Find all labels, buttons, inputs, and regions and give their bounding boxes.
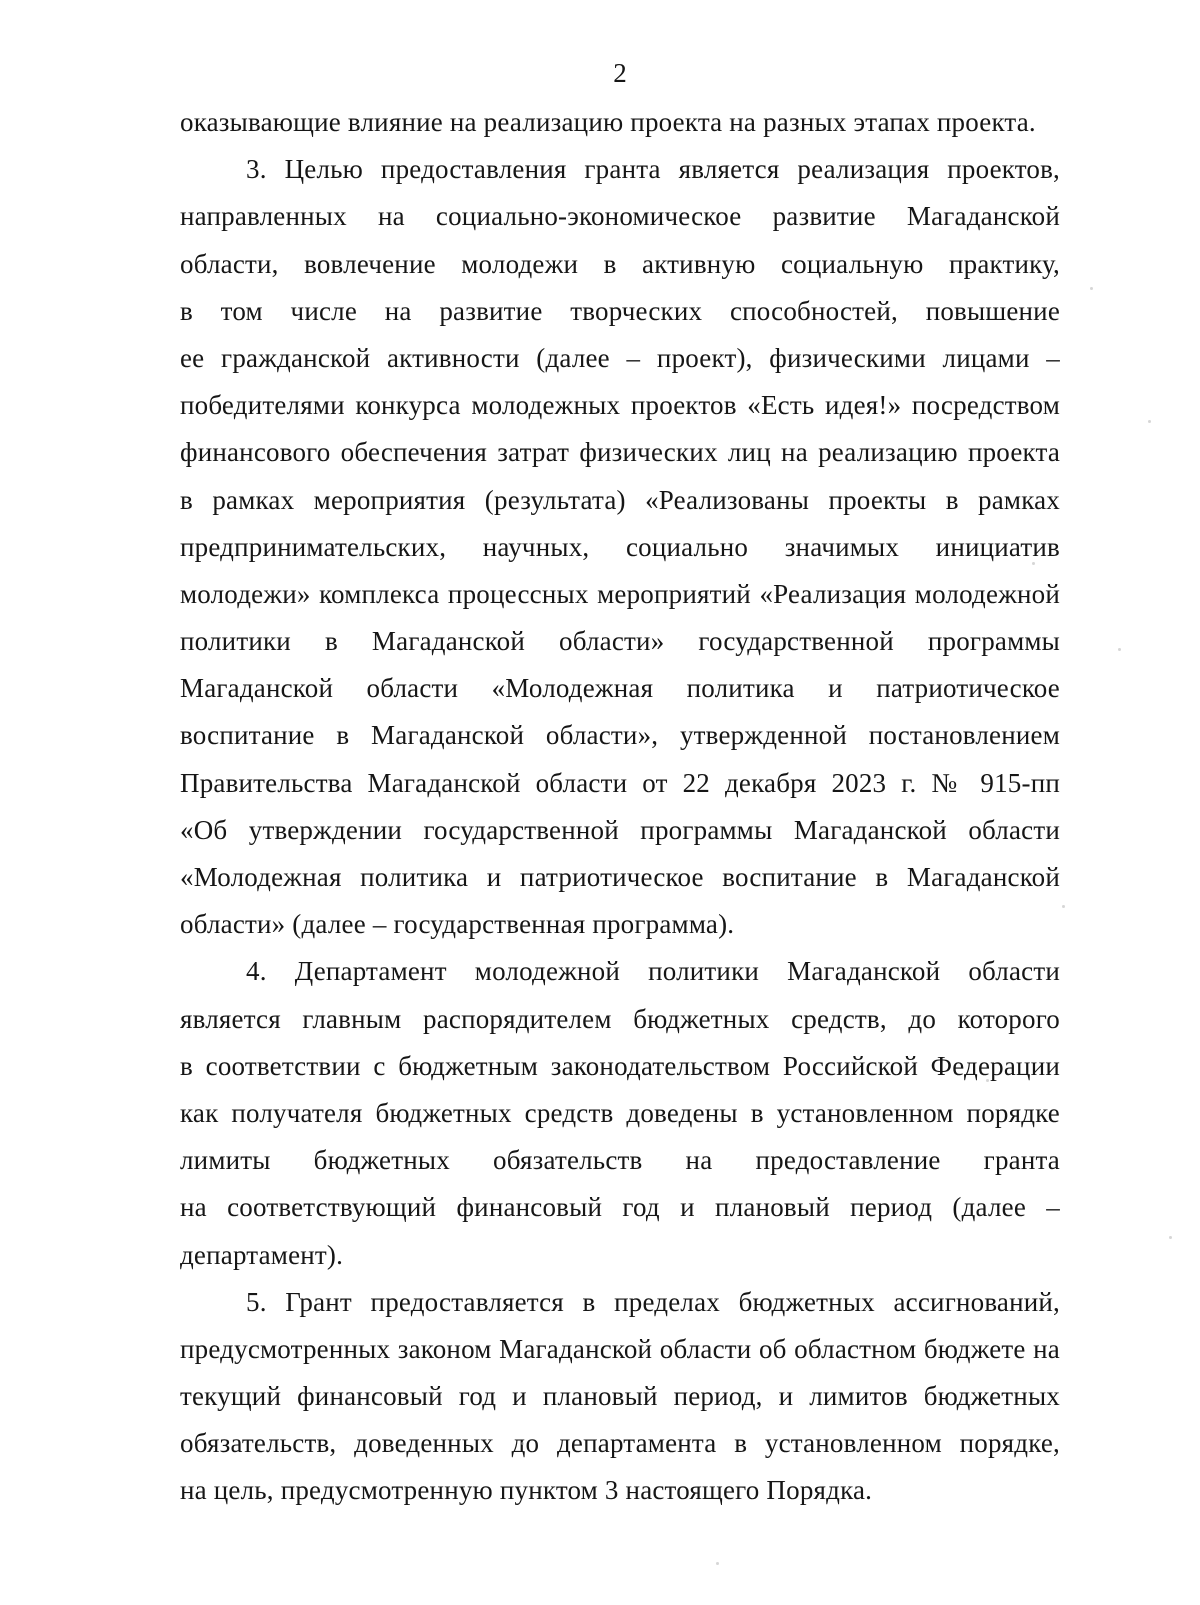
- scan-speck: [1169, 1236, 1172, 1239]
- text-line: предпринимательских, научных, социально …: [180, 524, 1060, 571]
- text-line: как получателя бюджетных средств доведен…: [180, 1090, 1060, 1137]
- text-line: 4. Департамент молодежной политики Магад…: [180, 948, 1060, 995]
- scanned-document-page: 2 оказывающие влияние на реализацию прое…: [0, 0, 1200, 1605]
- scan-speck: [986, 1079, 989, 1082]
- text-line: обязательств, доведенных до департамента…: [180, 1420, 1060, 1467]
- text-line: политики в Магаданской области» государс…: [180, 618, 1060, 665]
- text-line: департамент).: [180, 1232, 1060, 1279]
- text-line: направленных на социально-экономическое …: [180, 193, 1060, 240]
- page-number: 2: [180, 57, 1060, 89]
- text-line: 5. Грант предоставляется в пределах бюдж…: [180, 1279, 1060, 1326]
- text-line: финансового обеспечения затрат физически…: [180, 429, 1060, 476]
- text-line: в рамках мероприятия (результата) «Реали…: [180, 477, 1060, 524]
- text-line: воспитание в Магаданской области», утвер…: [180, 712, 1060, 759]
- text-line: Магаданской области «Молодежная политика…: [180, 665, 1060, 712]
- scan-speck: [716, 1562, 719, 1565]
- scan-speck: [1118, 648, 1121, 651]
- text-line: области, вовлечение молодежи в активную …: [180, 241, 1060, 288]
- text-line: предусмотренных законом Магаданской обла…: [180, 1326, 1060, 1373]
- text-line: оказывающие влияние на реализацию проект…: [180, 99, 1060, 146]
- scan-speck: [1062, 905, 1065, 908]
- paragraph: 5. Грант предоставляется в пределах бюдж…: [180, 1279, 1060, 1515]
- text-line: на цель, предусмотренную пунктом 3 насто…: [180, 1467, 1060, 1514]
- text-line: победителями конкурса молодежных проекто…: [180, 382, 1060, 429]
- paragraph: оказывающие влияние на реализацию проект…: [180, 99, 1060, 146]
- text-line: молодежи» комплекса процессных мероприят…: [180, 571, 1060, 618]
- document-text: оказывающие влияние на реализацию проект…: [180, 99, 1060, 1515]
- text-line: является главным распорядителем бюджетны…: [180, 996, 1060, 1043]
- text-line: 3. Целью предоставления гранта является …: [180, 146, 1060, 193]
- text-line: текущий финансовый год и плановый период…: [180, 1373, 1060, 1420]
- text-line: в соответствии с бюджетным законодательс…: [180, 1043, 1060, 1090]
- scan-speck: [521, 1442, 524, 1445]
- paragraph: 4. Департамент молодежной политики Магад…: [180, 948, 1060, 1278]
- text-line: в том числе на развитие творческих спосо…: [180, 288, 1060, 335]
- text-line: лимиты бюджетных обязательств на предост…: [180, 1137, 1060, 1184]
- text-line: на соответствующий финансовый год и план…: [180, 1184, 1060, 1231]
- scan-speck: [1032, 562, 1035, 565]
- text-line: ее гражданской активности (далее – проек…: [180, 335, 1060, 382]
- text-line: «Молодежная политика и патриотическое во…: [180, 854, 1060, 901]
- text-line: Правительства Магаданской области от 22 …: [180, 760, 1060, 807]
- text-line: «Об утверждении государственной программ…: [180, 807, 1060, 854]
- paragraph: 3. Целью предоставления гранта является …: [180, 146, 1060, 948]
- text-line: области» (далее – государственная програ…: [180, 901, 1060, 948]
- scan-speck: [1090, 287, 1093, 290]
- scan-speck: [1148, 420, 1151, 423]
